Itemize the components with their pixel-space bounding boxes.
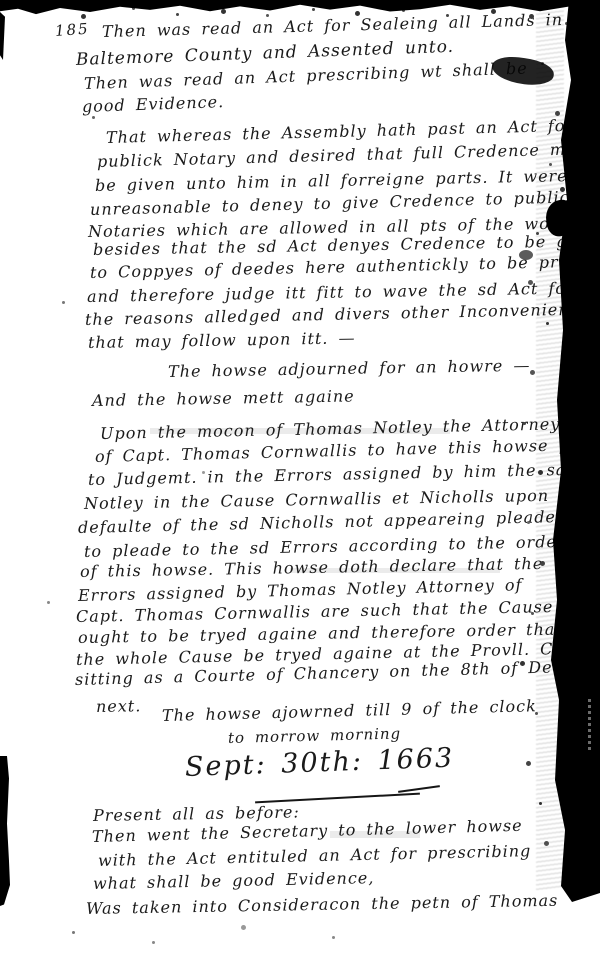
scan-edge-left-top bbox=[0, 12, 5, 60]
scan-edge-left-bottom bbox=[0, 756, 11, 906]
manuscript-line: to morrow morning bbox=[228, 724, 402, 747]
edge-artifact bbox=[588, 698, 591, 750]
heading-flourish bbox=[255, 793, 420, 804]
manuscript-line: Was taken into Consideracon the petn of … bbox=[86, 891, 559, 918]
page-number: 185 bbox=[54, 20, 90, 40]
manuscript-line: The howse adjourned for an howre — bbox=[168, 356, 531, 381]
manuscript-line: with the Act entituled an Act for prescr… bbox=[98, 841, 532, 870]
manuscript-line: Then was read an Act for Sealeing all La… bbox=[102, 10, 564, 41]
manuscript-line: And the howse mett againe bbox=[92, 386, 355, 410]
manuscript-line: good Evidence. bbox=[82, 92, 225, 116]
manuscript-line: The howse ajowrned till 9 of the clock bbox=[162, 696, 537, 725]
manuscript-line: next. bbox=[96, 696, 142, 716]
manuscript-scan: 185 Then was read an Act for Sealeing al… bbox=[0, 0, 600, 957]
manuscript-line: that may follow upon itt. — bbox=[88, 328, 356, 352]
manuscript-line: what shall be good Evidence, bbox=[93, 868, 375, 893]
ink-blot bbox=[519, 250, 533, 260]
date-heading: Sept: 30th: 1663 bbox=[184, 743, 454, 783]
